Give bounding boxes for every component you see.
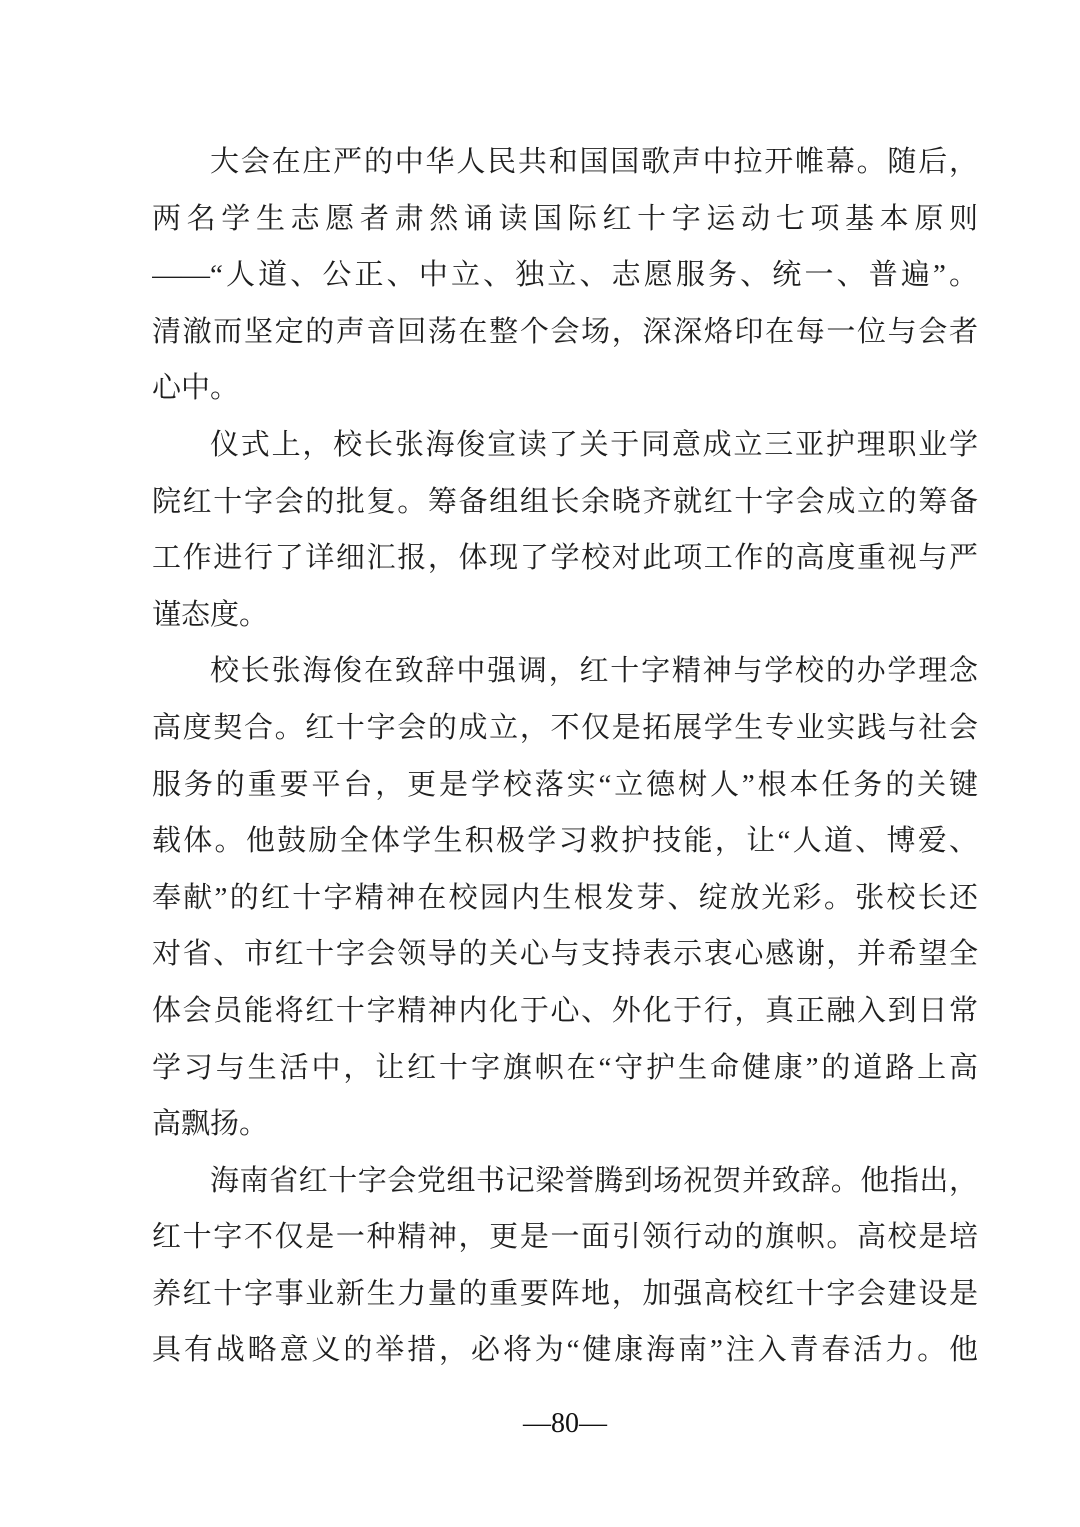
paragraph: 仪式上，校长张海俊宣读了关于同意成立三亚护理职业学院红十字会的批复。筹备组组长余…: [152, 417, 978, 643]
text-line: 高飘扬。: [152, 1096, 978, 1153]
text-line: 校长张海俊在致辞中强调，红十字精神与学校的办学理念: [152, 643, 978, 700]
text-line: 载体。他鼓励全体学生积极学习救护技能，让“人道、博爱、: [152, 813, 978, 870]
paragraph: 校长张海俊在致辞中强调，红十字精神与学校的办学理念高度契合。红十字会的成立，不仅…: [152, 643, 978, 1152]
text-line: 养红十字事业新生力量的重要阵地，加强高校红十字会建设是: [152, 1266, 978, 1323]
text-line: 对省、市红十字会领导的关心与支持表示衷心感谢，并希望全: [152, 926, 978, 983]
text-line: 院红十字会的批复。筹备组组长余晓齐就红十字会成立的筹备: [152, 474, 978, 531]
text-line: ——“人道、公正、中立、独立、志愿服务、统一、普遍”。: [152, 247, 978, 304]
text-line: 工作进行了详细汇报，体现了学校对此项工作的高度重视与严: [152, 530, 978, 587]
text-line: 两名学生志愿者肃然诵读国际红十字运动七项基本原则: [152, 191, 978, 248]
text-line: 服务的重要平台，更是学校落实“立德树人”根本任务的关键: [152, 757, 978, 814]
text-line: 清澈而坚定的声音回荡在整个会场，深深烙印在每一位与会者: [152, 304, 978, 361]
document-body: 大会在庄严的中华人民共和国国歌声中拉开帷幕。随后，两名学生志愿者肃然诵读国际红十…: [0, 0, 1080, 1379]
text-line: 红十字不仅是一种精神，更是一面引领行动的旗帜。高校是培: [152, 1209, 978, 1266]
paragraph: 大会在庄严的中华人民共和国国歌声中拉开帷幕。随后，两名学生志愿者肃然诵读国际红十…: [152, 134, 978, 417]
text-line: 具有战略意义的举措，必将为“健康海南”注入青春活力。他: [152, 1322, 978, 1379]
text-line: 大会在庄严的中华人民共和国国歌声中拉开帷幕。随后，: [152, 134, 978, 191]
text-line: 谨态度。: [152, 587, 978, 644]
text-line: 仪式上，校长张海俊宣读了关于同意成立三亚护理职业学: [152, 417, 978, 474]
text-line: 海南省红十字会党组书记梁誉腾到场祝贺并致辞。他指出，: [152, 1153, 978, 1210]
text-line: 高度契合。红十字会的成立，不仅是拓展学生专业实践与社会: [152, 700, 978, 757]
page-number: —80—: [0, 1404, 1080, 1444]
text-line: 体会员能将红十字精神内化于心、外化于行，真正融入到日常: [152, 983, 978, 1040]
text-line: 奉献”的红十字精神在校园内生根发芽、绽放光彩。张校长还: [152, 870, 978, 927]
document-page: 大会在庄严的中华人民共和国国歌声中拉开帷幕。随后，两名学生志愿者肃然诵读国际红十…: [0, 0, 1080, 1527]
text-line: 心中。: [152, 360, 978, 417]
paragraph: 海南省红十字会党组书记梁誉腾到场祝贺并致辞。他指出，红十字不仅是一种精神，更是一…: [152, 1153, 978, 1379]
text-line: 学习与生活中，让红十字旗帜在“守护生命健康”的道路上高: [152, 1040, 978, 1097]
